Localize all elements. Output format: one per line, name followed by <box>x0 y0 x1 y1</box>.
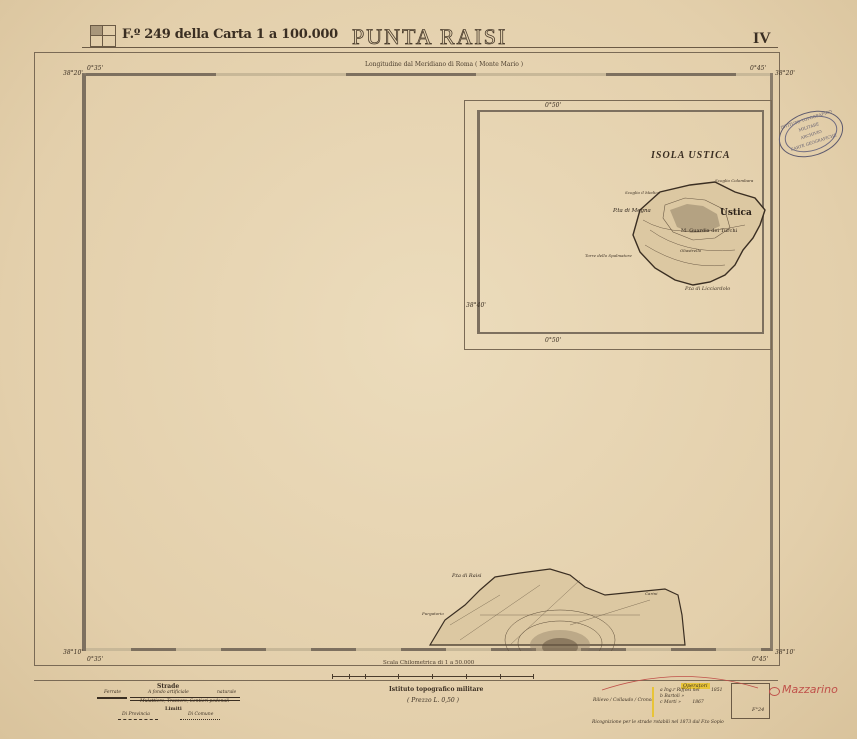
coord-top-right-lon: 0°45' <box>750 65 766 72</box>
legend-comune: Di Comune <box>188 712 213 717</box>
legend-fondo: A fondo artificiale <box>148 690 189 695</box>
svg-text:Ustica: Ustica <box>720 208 752 218</box>
legend-province-line <box>118 719 158 720</box>
svg-text:Scoglio Colombara: Scoglio Colombara <box>715 178 754 183</box>
coord-top-left-lat: 38°20' <box>63 70 83 77</box>
legend-ferrate: Ferrate <box>104 690 121 695</box>
coord-top-right-lat: 38°20' <box>775 70 795 77</box>
handwritten-annotation: Mazzarino <box>782 683 838 696</box>
svg-text:M. Guardia dei Turchi: M. Guardia dei Turchi <box>681 228 738 234</box>
svg-text:Carini: Carini <box>645 591 658 596</box>
revision-note: Ricognizione per le strade rotabili nel … <box>592 720 724 725</box>
red-pencil-arc <box>600 668 760 693</box>
publisher-price: ( Prezzo L. 0,50 ) <box>407 697 459 704</box>
title-rule <box>82 47 778 48</box>
scale-bar[interactable] <box>332 676 534 677</box>
sheet-number-note: F°24 <box>752 707 764 713</box>
coord-bottom-left-lon: 0°35' <box>87 656 103 663</box>
coord-bottom-right-lon: 0°45' <box>752 656 768 663</box>
svg-text:Torre dello Spalmatore: Torre dello Spalmatore <box>585 253 632 258</box>
quadrant-number: IV <box>753 30 771 48</box>
inset-top-lon: 0°50' <box>545 102 561 109</box>
publisher-name: Istituto topografico militare <box>389 686 483 693</box>
inset-title: ISOLA USTICA <box>651 150 731 161</box>
operator-row: c Morti » 1867 <box>660 700 723 706</box>
svg-text:Oliastrello: Oliastrello <box>680 248 702 253</box>
inset-left-lat: 38°40' <box>466 302 486 309</box>
graduated-border-top <box>86 73 770 76</box>
sheet-index-grid-icon <box>90 25 116 47</box>
sheet-reference: F.º 249 della Carta 1 a 100.000 <box>122 27 338 42</box>
inset-bottom-lon: 0°50' <box>545 337 561 344</box>
legend-provincia: Di Provincia <box>122 712 150 717</box>
ustica-island-map: Ustica M. Guardia dei Turchi P.ta di Meg… <box>585 170 775 300</box>
legend-naturale: naturale <box>217 690 236 695</box>
scale-label: Scala Chilometrica di 1 a 50.000 <box>383 660 474 666</box>
pencil-circle-mark <box>769 687 780 696</box>
svg-text:Scoglio il Medico: Scoglio il Medico <box>625 190 661 195</box>
svg-text:Purgatorio: Purgatorio <box>421 611 444 616</box>
svg-text:P.ta di Licciardolo: P.ta di Licciardolo <box>684 286 730 292</box>
legend-title: Strade <box>157 683 179 690</box>
coord-top-left-lon: 0°35' <box>87 65 103 72</box>
survey-director: Rilievo / Collaudo / Cronol. <box>593 698 654 703</box>
archive-stamp: ISTITUTO TOPOGRAFICO MILITARE ARCHIVIO C… <box>773 103 849 165</box>
coord-bottom-left-lat: 38°10' <box>63 649 83 656</box>
legend-railway-line <box>97 697 127 699</box>
legend-comune-line <box>180 719 220 720</box>
svg-text:P.ta di Megna: P.ta di Megna <box>612 208 651 214</box>
legend-mulattiere: Mulattiere, Trazzere, Sentieri pedonali <box>140 699 229 704</box>
punta-raisi-coast-map: P.ta di Raisi Purgatorio Carini <box>420 565 690 651</box>
map-sheet: F.º 249 della Carta 1 a 100.000 PUNTA RA… <box>0 0 857 739</box>
coord-bottom-right-lat: 38°10' <box>775 649 795 656</box>
legend-limiti-title: Limiti <box>165 706 182 712</box>
svg-text:P.ta di Raisi: P.ta di Raisi <box>451 573 482 579</box>
